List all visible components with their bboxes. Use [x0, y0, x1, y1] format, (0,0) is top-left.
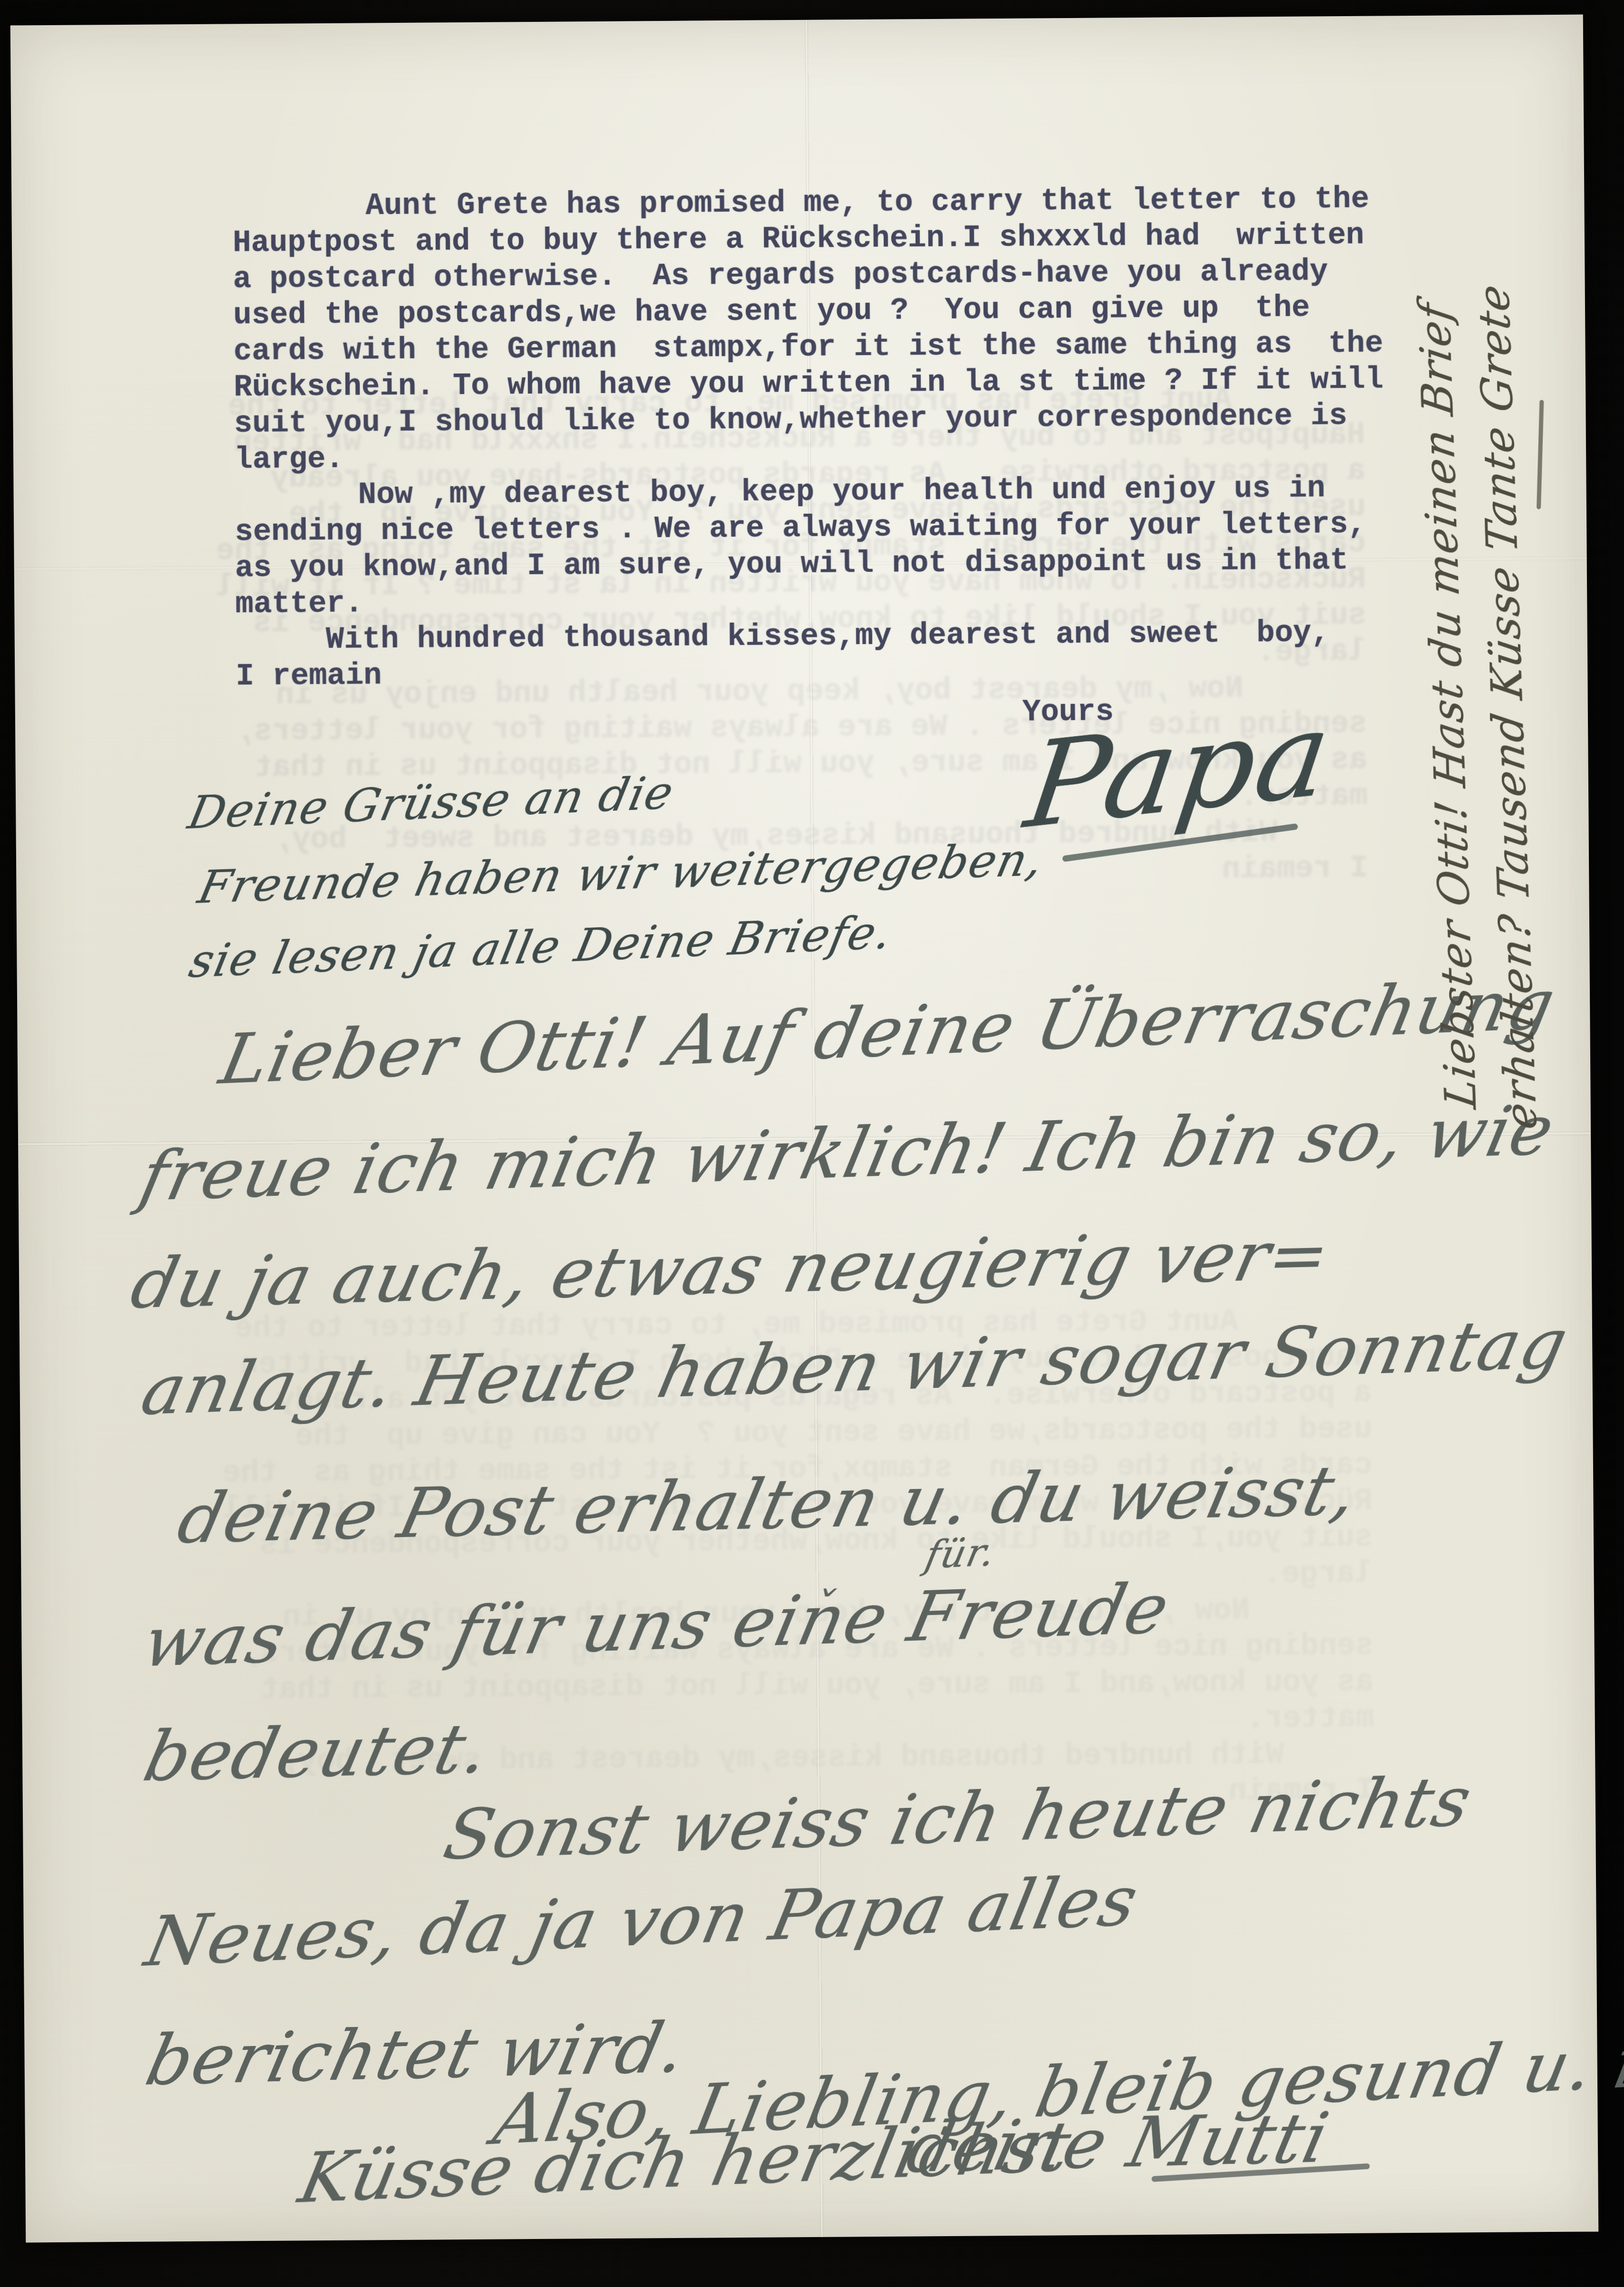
typed-line: large. [1263, 1557, 1373, 1592]
typed-line: Aunt Grete has promised me, to carry tha… [365, 183, 1369, 224]
typed-line: sending nice letters . We are always wai… [235, 508, 1366, 550]
mutti-letter-line: du ja auch, etwas neugierig ver= [124, 1214, 1337, 1324]
typed-line: I remain [236, 659, 382, 694]
photo-background: Aunt Grete has promised me, to carry tha… [0, 0, 1624, 2287]
mutti-letter-line: anlagt. Heute haben wir sogar Sonntag [135, 1304, 1575, 1431]
mutti-letter-line: Neues, da ja von Papa alles [139, 1861, 1145, 1982]
margin-note-underline [1537, 400, 1544, 509]
letter-paper: Aunt Grete has promised me, to carry tha… [10, 15, 1598, 2243]
typed-line: With hundred thousand kisses,my dearest … [326, 616, 1330, 657]
mutti-letter-line: bedeutet. [137, 1708, 497, 1797]
forwarding-note-line: Freunde haben wir weitergegeben, [194, 834, 1049, 914]
mutti-letter-line: freue ich mich wirklich! Ich bin so, wie [133, 1090, 1561, 1217]
typed-text-block: Aunt Grete has promised me, to carry tha… [10, 15, 1583, 26]
typed-line: I remain [1222, 852, 1368, 887]
typed-line: as you know,and I am sure, you will not … [235, 544, 1348, 586]
mutti-letter-line: Lieber Otti! Auf deine Überraschung [213, 964, 1562, 1100]
typed-line: cards with the German stampx,for it ist … [233, 327, 1383, 369]
typed-line: matter. [235, 586, 363, 622]
typed-line: Hauptpost and to buy there a Rückschein.… [233, 219, 1365, 261]
typed-line: Rückschein. To whom have you written in … [234, 363, 1384, 405]
typed-line: suit you,I should like to know,whether y… [234, 399, 1347, 441]
typed-line: matter. [1246, 1701, 1374, 1737]
mutti-letter-line: Sonst weiss ich heute nichts [437, 1761, 1479, 1875]
mutti-letter-line: was das für uns eine Freude [136, 1569, 1176, 1683]
forwarding-note-line: Deine Grüsse an die [184, 767, 678, 839]
mutti-letter-line: deine Post erhalten u. du weisst, [171, 1450, 1366, 1559]
typed-line: used the postcards,we have sent you ? Yo… [233, 291, 1310, 333]
forwarding-note-line: sie lesen ja alle Deine Briefe. [185, 907, 897, 989]
typed-line: Now ,my dearest boy, keep your health un… [358, 471, 1325, 512]
typed-line: large. [234, 442, 344, 478]
insertion-word-fuer: für. [922, 1530, 1000, 1577]
typed-line: a postcard otherwise. As regards postcar… [233, 255, 1328, 297]
